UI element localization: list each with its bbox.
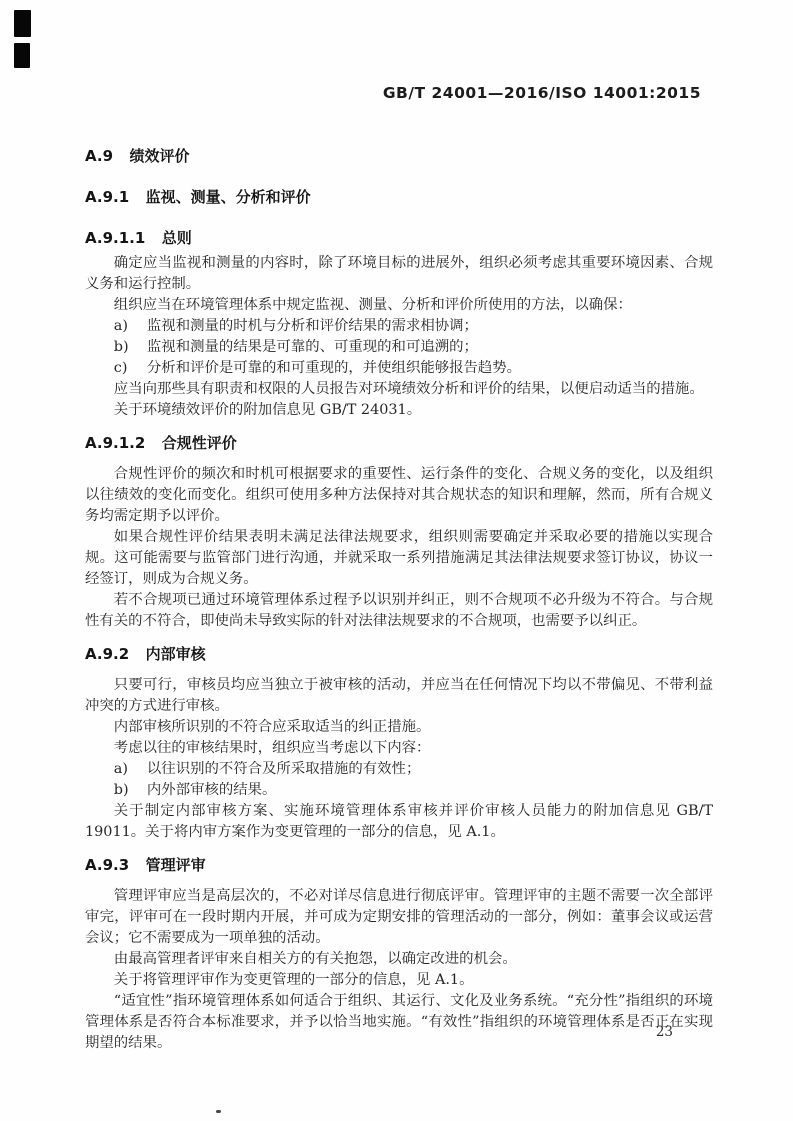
document-body: A.9绩效评价 A.9.1监视、测量、分析和评价 A.9.1.1总则 确定应当监… xyxy=(85,146,713,1054)
list-marker: a) xyxy=(114,759,147,780)
section-number: A.9.2 xyxy=(85,645,129,663)
list-item-c: c)分析和评价是可靠的和可重现的，并使组织能够报告趋势。 xyxy=(85,358,713,379)
list-text: 分析和评价是可靠的和可重现的，并使组织能够报告趋势。 xyxy=(147,360,521,376)
paragraph: 关于将管理评审作为变更管理的一部分的信息，见 A.1。 xyxy=(85,970,713,991)
section-heading-a9-2: A.9.2内部审核 xyxy=(85,644,713,665)
paragraph: 只要可行，审核员均应当独立于被审核的活动，并应当在任何情况下均以不带偏见、不带利… xyxy=(85,675,713,717)
section-title: 总则 xyxy=(162,229,192,247)
standard-number-header: GB/T 24001—2016/ISO 14001:2015 xyxy=(383,84,701,102)
list-item-b: b)监视和测量的结果是可靠的、可重现的和可追溯的； xyxy=(85,337,713,358)
binding-scan-mark-bottom xyxy=(14,43,30,68)
paragraph: 确定应当监视和测量的内容时，除了环境目标的进展外，组织必须考虑其重要环境因素、合… xyxy=(85,253,713,295)
section-title: 管理评审 xyxy=(146,856,206,874)
section-heading-a9-1-1: A.9.1.1总则 xyxy=(85,228,713,249)
paragraph: 由最高管理者评审来自相关方的有关抱怨，以确定改进的机会。 xyxy=(85,949,713,970)
paragraph: 关于环境绩效评价的附加信息见 GB/T 24031。 xyxy=(85,400,713,421)
list-marker: b) xyxy=(114,780,147,801)
binding-scan-mark-top xyxy=(14,10,31,37)
section-title: 合规性评价 xyxy=(162,434,237,452)
section-number: A.9.1.2 xyxy=(85,434,145,452)
section-title: 监视、测量、分析和评价 xyxy=(146,188,311,206)
list-marker: a) xyxy=(114,316,147,337)
list-item-a: a)以往识别的不符合及所采取措施的有效性； xyxy=(85,759,713,780)
section-number: A.9.1 xyxy=(85,188,129,206)
section-number: A.9.3 xyxy=(85,856,129,874)
list-text: 监视和测量的结果是可靠的、可重现的和可追溯的； xyxy=(147,339,478,355)
section-title: 绩效评价 xyxy=(130,147,190,165)
ink-dot-artifact xyxy=(216,1110,221,1113)
section-number: A.9.1.1 xyxy=(85,229,145,247)
list-text: 以往识别的不符合及所采取措施的有效性； xyxy=(147,761,420,777)
paragraph: 关于制定内部审核方案、实施环境管理体系审核并评价审核人员能力的附加信息见 GB/… xyxy=(85,801,713,843)
paragraph: 内部审核所识别的不符合应采取适当的纠正措施。 xyxy=(85,717,713,738)
paragraph: 组织应当在环境管理体系中规定监视、测量、分析和评价所使用的方法，以确保： xyxy=(85,295,713,316)
section-heading-a9-1-2: A.9.1.2合规性评价 xyxy=(85,433,713,454)
list-item-b: b)内外部审核的结果。 xyxy=(85,780,713,801)
section-heading-a9: A.9绩效评价 xyxy=(85,146,713,167)
section-heading-a9-3: A.9.3管理评审 xyxy=(85,855,713,876)
section-title: 内部审核 xyxy=(146,645,206,663)
list-text: 内外部审核的结果。 xyxy=(147,782,277,798)
list-marker: c) xyxy=(114,358,147,379)
paragraph: 管理评审应当是高层次的，不必对详尽信息进行彻底评审。管理评审的主题不需要一次全部… xyxy=(85,886,713,949)
page-number: 23 xyxy=(656,1024,673,1040)
paragraph: 如果合规性评价结果表明未满足法律法规要求，组织则需要确定并采取必要的措施以实现合… xyxy=(85,527,713,590)
document-page: GB/T 24001—2016/ISO 14001:2015 A.9绩效评价 A… xyxy=(0,0,793,1121)
list-item-a: a)监视和测量的时机与分析和评价结果的需求相协调； xyxy=(85,316,713,337)
paragraph: 若不合规项已通过环境管理体系过程予以识别并纠正，则不合规项不必升级为不符合。与合… xyxy=(85,590,713,632)
paragraph: 考虑以往的审核结果时，组织应当考虑以下内容： xyxy=(85,738,713,759)
list-text: 监视和测量的时机与分析和评价结果的需求相协调； xyxy=(147,318,478,334)
paragraph: 应当向那些具有职责和权限的人员报告对环境绩效分析和评价的结果，以便启动适当的措施… xyxy=(85,379,713,400)
paragraph: 合规性评价的频次和时机可根据要求的重要性、运行条件的变化、合规义务的变化，以及组… xyxy=(85,464,713,527)
section-heading-a9-1: A.9.1监视、测量、分析和评价 xyxy=(85,187,713,208)
section-number: A.9 xyxy=(85,147,113,165)
list-marker: b) xyxy=(114,337,147,358)
paragraph: “适宜性”指环境管理体系如何适合于组织、其运行、文化及业务系统。“充分性”指组织… xyxy=(85,991,713,1054)
